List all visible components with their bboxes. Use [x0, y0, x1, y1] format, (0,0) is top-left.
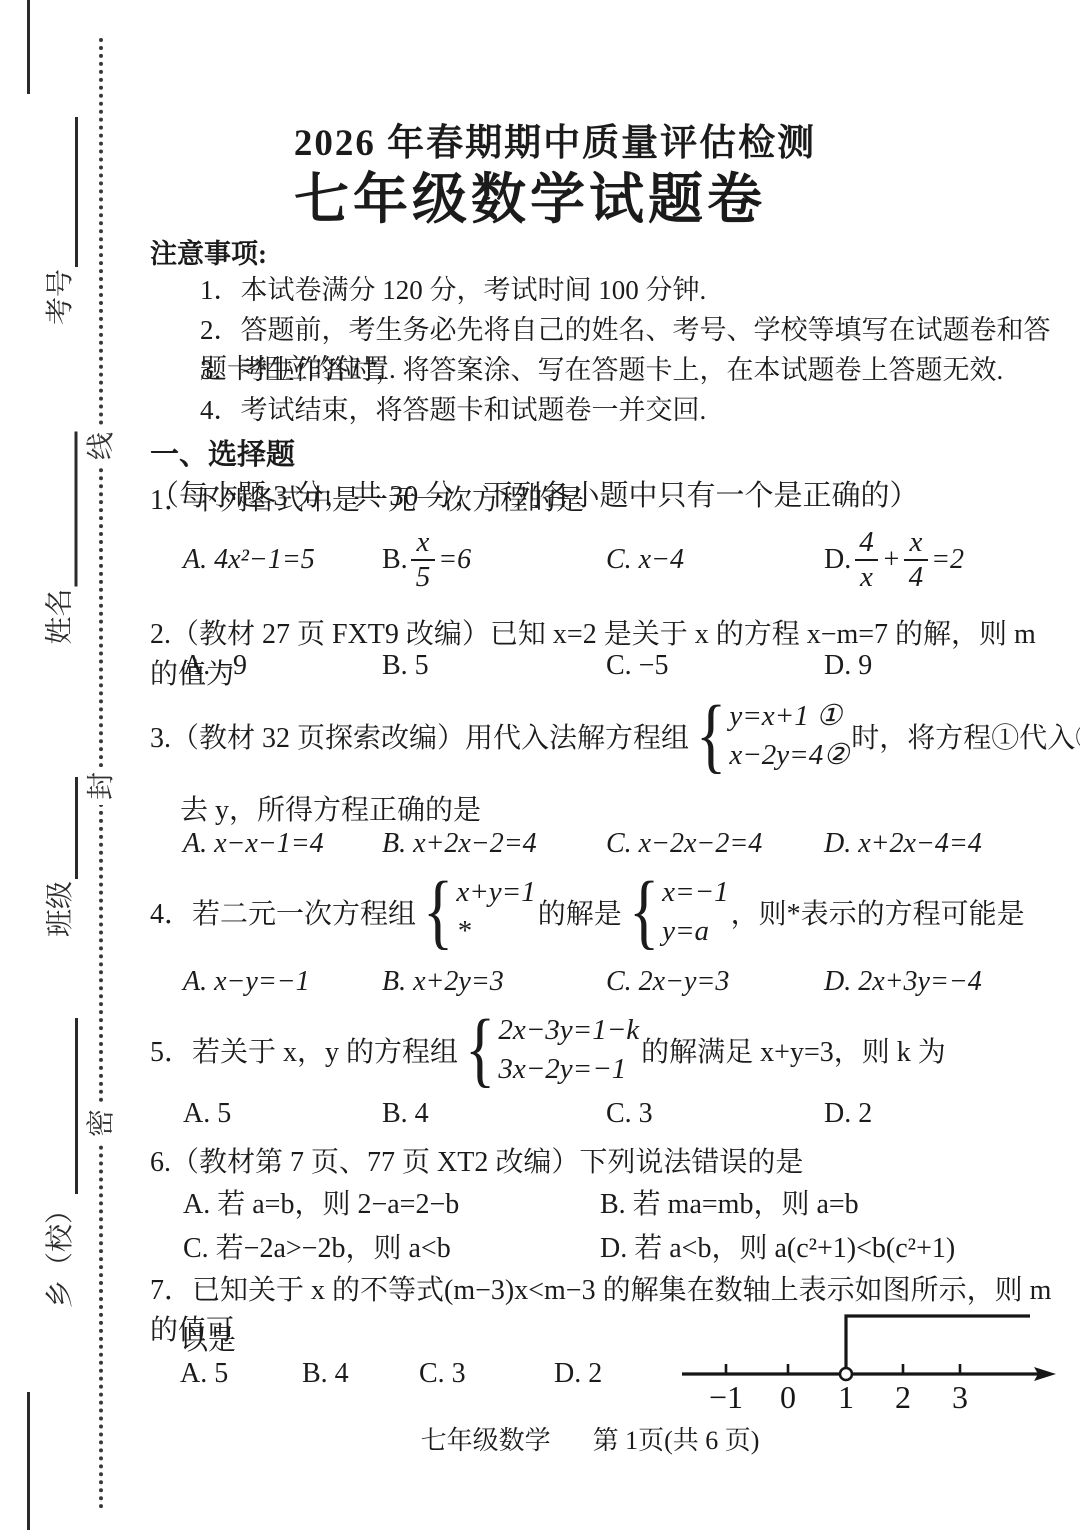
q4-option-d: D. 2x+3y=−4 [824, 966, 1062, 998]
q7-option-b: B. 4 [302, 1358, 419, 1390]
seal-char-xian: 线 [83, 427, 121, 465]
tick-label: 1 [838, 1379, 854, 1414]
solution-ray [846, 1316, 1030, 1368]
q5-option-d: D. 2 [824, 1098, 1062, 1130]
q5-options: A. 5 B. 4 C. 3 D. 2 [150, 1098, 1062, 1130]
q4-equation-system: { x+y=1 * [418, 872, 536, 952]
q6-stem: 6.（教材第 7 页、77 页 XT2 改编）下列说法错误的是 [150, 1140, 1062, 1180]
q1-option-a: A. 4x²−1=5 [183, 544, 382, 576]
page-fold-mark [27, 1392, 30, 1530]
q7-number-line-figure: −1 0 1 2 3 [678, 1296, 1060, 1419]
q7-option-a: A. 5 [180, 1358, 302, 1390]
q7-options: A. 5 B. 4 C. 3 D. 2 [150, 1358, 710, 1390]
field-class-blank [48, 777, 78, 879]
notice-heading: 注意事项: [150, 232, 1062, 271]
q7-option-c: C. 3 [419, 1358, 554, 1390]
q2-options: A. −9 B. 5 C. −5 D. 9 [150, 650, 1062, 682]
q1-option-d-fraction-2: x4 [904, 526, 929, 595]
field-township-school: 乡（校） [38, 1018, 78, 1308]
seal-char-feng: 封 [83, 767, 121, 805]
page-fold-mark [27, 0, 30, 94]
field-name-label: 姓名 [44, 588, 78, 644]
q4-solution-system: { x=−1 y=a [624, 872, 729, 952]
q2-option-b: B. 5 [382, 650, 606, 682]
notice-item-3: 3．考生作答时，将答案涂、写在答题卡上，在本试题卷上答题无效. [150, 348, 1062, 387]
q6-option-c: C. 若−2a>−2b，则 a<b [183, 1226, 600, 1266]
q1-option-b: B. x5 =6 [382, 526, 606, 595]
system-brace: { [629, 872, 659, 952]
q4-option-c: C. 2x−y=3 [606, 966, 824, 998]
q3-equation-system: { y=x+1 ① x−2y=4② [691, 696, 849, 776]
paper-content: 2026 年春期期中质量评估检测 七年级数学试题卷 注意事项: 1．本试卷满分 … [150, 0, 1062, 1530]
notice-item-1: 1．本试卷满分 120 分，考试时间 100 分钟. [150, 268, 1062, 307]
q3-equation-2: x−2y=4② [729, 738, 849, 773]
q6-option-d: D. 若 a<b，则 a(c²+1)<b(c²+1) [600, 1226, 1062, 1266]
q3-option-d: D. x+2x−4=4 [824, 828, 1062, 860]
field-exam-number-label: 考号 [44, 269, 78, 325]
q1-option-b-fraction: x5 [411, 526, 436, 595]
field-exam-number: 考号 [38, 115, 78, 325]
section1-heading-title: 一、选择题 [150, 439, 295, 471]
field-township-school-blank [48, 1018, 78, 1194]
field-name: 姓名 [38, 430, 78, 645]
system-brace: { [423, 872, 453, 952]
q1-option-c: C. x−4 [606, 544, 824, 576]
q2-option-c: C. −5 [606, 650, 824, 682]
paper-title: 七年级数学试题卷 [150, 155, 910, 234]
q3-stem-continued: 去 y，所得方程正确的是 [150, 788, 1062, 828]
footer-page-number: 第 1页(共 6 页) [593, 1426, 760, 1455]
q5-option-a: A. 5 [183, 1098, 382, 1130]
q5-equation-system: { 2x−3y=1−k 3x−2y=−1 [460, 1010, 639, 1090]
system-brace: { [465, 1010, 495, 1090]
q4-options: A. x−y=−1 B. x+2y=3 C. 2x−y=3 D. 2x+3y=−… [150, 966, 1062, 998]
q6-option-a: A. 若 a=b，则 2−a=2−b [183, 1182, 600, 1222]
field-class-label: 班级 [44, 881, 78, 937]
q4-equation-2: * [456, 914, 535, 949]
field-name-blank [48, 431, 78, 586]
field-township-school-label: 乡（校） [44, 1196, 78, 1308]
tick-label: 0 [780, 1379, 796, 1414]
q3-equation-1: y=x+1 ① [729, 699, 849, 734]
q5-stem: 5．若关于 x，y 的方程组 { 2x−3y=1−k 3x−2y=−1 的解满足… [150, 1002, 1062, 1098]
q4-option-a: A. x−y=−1 [183, 966, 382, 998]
tick-label: 2 [895, 1379, 911, 1414]
q1-options: A. 4x²−1=5 B. x5 =6 C. x−4 D. 4x + x4 =2 [150, 512, 1062, 608]
q1-option-d-fraction-1: 4x [854, 526, 879, 595]
q3-option-b: B. x+2x−2=4 [382, 828, 606, 860]
system-brace: { [696, 696, 726, 776]
q6-option-b: B. 若 ma=mb，则 a=b [600, 1182, 1062, 1222]
q3-option-c: C. x−2x−2=4 [606, 828, 824, 860]
q5-option-c: C. 3 [606, 1098, 824, 1130]
q2-option-d: D. 9 [824, 650, 1062, 682]
q5-equation-1: 2x−3y=1−k [498, 1013, 639, 1048]
q3-option-a: A. x−x−1=4 [183, 828, 382, 860]
field-exam-number-blank [48, 117, 78, 267]
q2-option-a: A. −9 [183, 650, 382, 682]
tick-label: 3 [952, 1379, 968, 1414]
notice-item-4: 4．考试结束，将答题卡和试题卷一并交回. [150, 388, 1062, 427]
q4-stem: 4．若二元一次方程组 { x+y=1 * 的解是 { x=−1 y=a ，则*表… [150, 864, 1062, 960]
q5-option-b: B. 4 [382, 1098, 606, 1130]
seal-char-mi: 密 [83, 1104, 121, 1142]
q6-options-row-2: C. 若−2a>−2b，则 a<b D. 若 a<b，则 a(c²+1)<b(c… [150, 1226, 1062, 1266]
field-class: 班级 [38, 773, 78, 937]
q3-stem: 3.（教材 32 页探索改编）用代入法解方程组 { y=x+1 ① x−2y=4… [150, 688, 1062, 784]
q4-option-b: B. x+2y=3 [382, 966, 606, 998]
number-line-svg: −1 0 1 2 3 [678, 1296, 1060, 1414]
q3-options: A. x−x−1=4 B. x+2x−2=4 C. x−2x−2=4 D. x+… [150, 828, 1062, 860]
q1-option-d: D. 4x + x4 =2 [824, 526, 1062, 595]
exam-paper-page: 线 封 密 考号 姓名 班级 乡（校） 2026 年春期期中质量评估检测 七年级… [0, 0, 1080, 1530]
q5-equation-2: 3x−2y=−1 [498, 1052, 639, 1087]
q6-options-row-1: A. 若 a=b，则 2−a=2−b B. 若 ma=mb，则 a=b [150, 1182, 1062, 1222]
q4-solution-2: y=a [662, 914, 729, 949]
q4-equation-1: x+y=1 [456, 875, 535, 910]
q4-solution-1: x=−1 [662, 875, 729, 910]
page-footer: 七年级数学第 1页(共 6 页) [150, 1420, 1030, 1457]
tick-label: −1 [709, 1379, 743, 1414]
footer-subject: 七年级数学 [421, 1426, 551, 1455]
